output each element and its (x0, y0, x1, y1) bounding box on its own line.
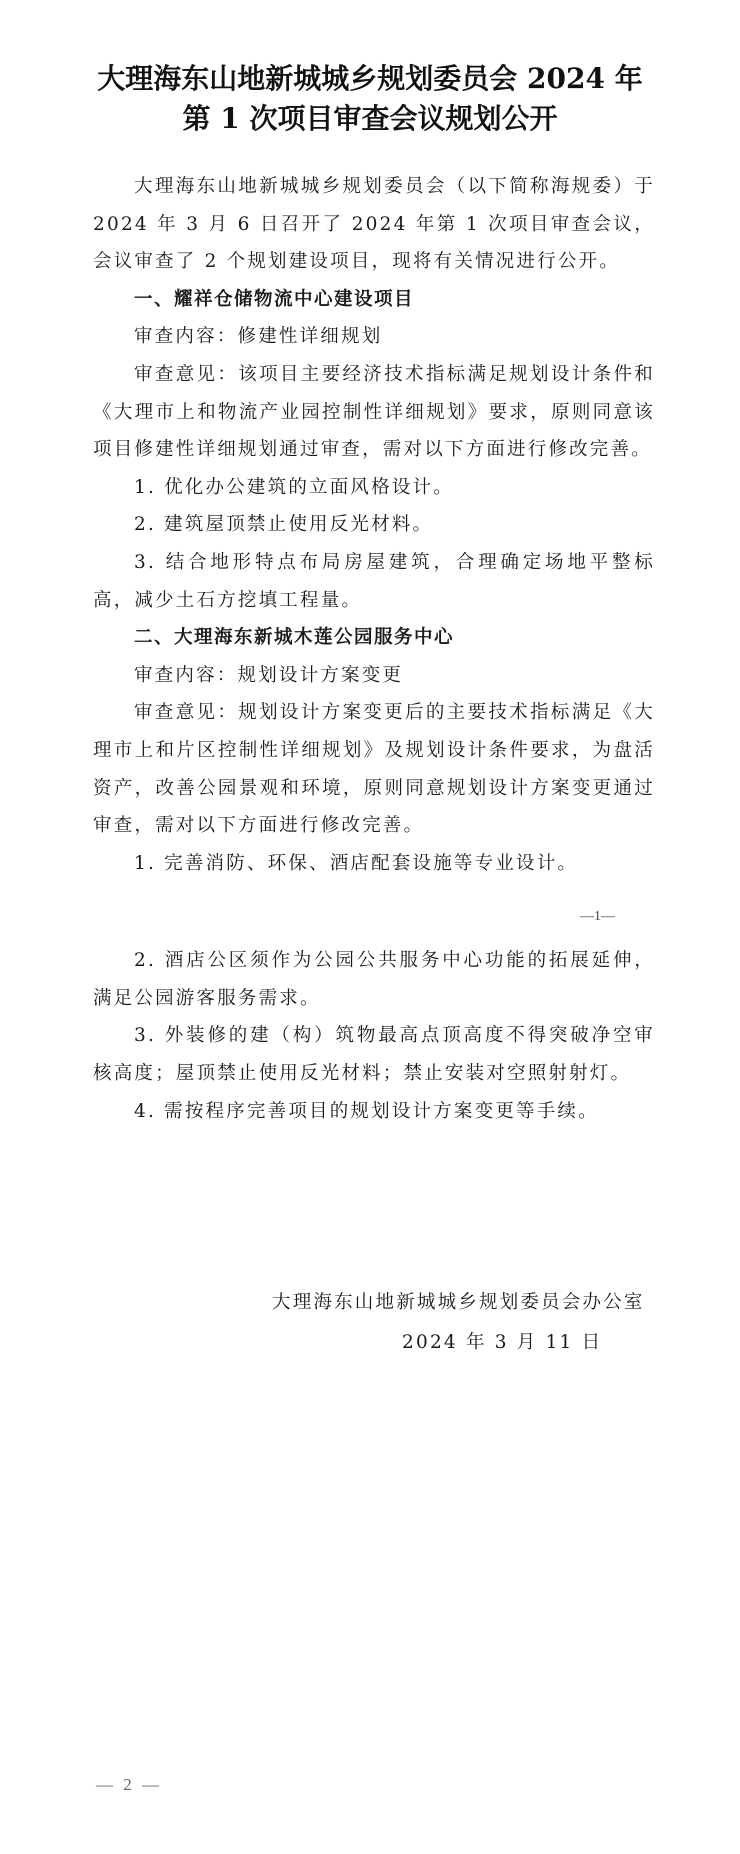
document-title-line-2: 第 1 次项目审查会议规划公开 (80, 97, 660, 137)
document-body: 大理海东山地新城城乡规划委员会（以下简称海规委）于 2024 年 3 月 6 日… (93, 168, 655, 1130)
section-1-item-2: 2. 建筑屋顶禁止使用反光材料。 (93, 506, 655, 544)
section-1-item-3: 3. 结合地形特点布局房屋建筑，合理确定场地平整标高，减少土石方挖填工程量。 (93, 544, 655, 619)
section-2-review-opinion: 审查意见：规划设计方案变更后的主要技术指标满足《大理市上和片区控制性详细规划》及… (93, 694, 655, 844)
section-1-item-1: 1. 优化办公建筑的立面风格设计。 (93, 469, 655, 507)
document-title-line-1: 大理海东山地新城城乡规划委员会 2024 年 (80, 57, 660, 97)
section-1-heading: 一、耀祥仓储物流中心建设项目 (93, 281, 655, 319)
page-number-1: —1— (580, 909, 615, 925)
section-2-heading: 二、大理海东新城木莲公园服务中心 (93, 619, 655, 657)
signature-organization: 大理海东山地新城城乡规划委员会办公室 (272, 1288, 645, 1314)
page-break-spacer (93, 882, 655, 942)
signature-date: 2024 年 3 月 11 日 (402, 1328, 602, 1354)
section-2-item-3: 3. 外装修的建（构）筑物最高点顶高度不得突破净空审核高度；屋顶禁止使用反光材料… (93, 1017, 655, 1092)
section-2-item-1: 1. 完善消防、环保、酒店配套设施等专业设计。 (93, 845, 655, 883)
section-1-review-opinion: 审查意见：该项目主要经济技术指标满足规划设计条件和《大理市上和物流产业园控制性详… (93, 356, 655, 469)
section-1-review-content: 审查内容：修建性详细规划 (93, 318, 655, 356)
section-2-item-4: 4. 需按程序完善项目的规划设计方案变更等手续。 (93, 1093, 655, 1131)
intro-paragraph: 大理海东山地新城城乡规划委员会（以下简称海规委）于 2024 年 3 月 6 日… (93, 168, 655, 281)
section-2-review-content: 审查内容：规划设计方案变更 (93, 657, 655, 695)
page-number-2: — 2 — (96, 1775, 162, 1795)
section-2-item-2: 2. 酒店公区须作为公园公共服务中心功能的拓展延伸，满足公园游客服务需求。 (93, 942, 655, 1017)
document-page: 大理海东山地新城城乡规划委员会 2024 年 第 1 次项目审查会议规划公开 大… (0, 0, 740, 1854)
